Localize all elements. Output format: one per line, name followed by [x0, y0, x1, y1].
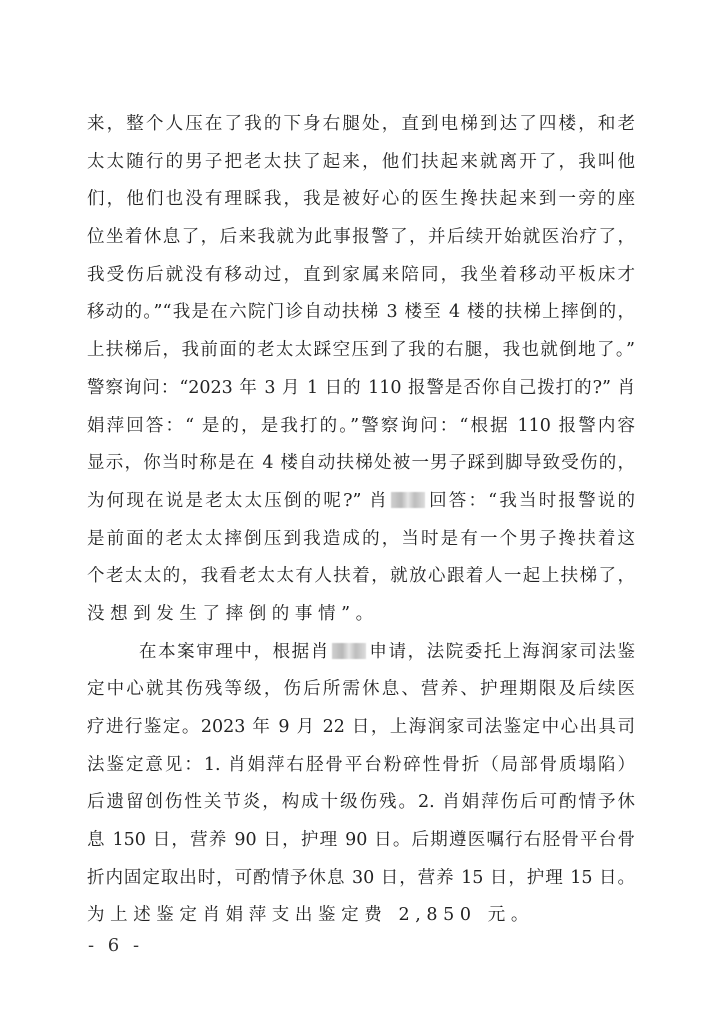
text-line: 为上述鉴定肖娟萍支出鉴定费 2,850 元。: [87, 897, 635, 935]
text-segment: 在本案审理中，根据肖: [139, 642, 330, 662]
document-page: 来，整个人压在了我的下身右腿处，直到电梯到达了四楼，和老 太太随行的男子把老太扶…: [0, 0, 724, 1024]
text-line: 后遗留创伤性关节炎，构成十级伤残。2. 肖娟萍伤后可酌情予休: [87, 784, 635, 822]
redacted-name: [332, 643, 366, 659]
redacted-name: [391, 492, 425, 508]
text-segment: 回答：“我当时报警说的: [427, 491, 635, 511]
text-line: 我受伤后就没有移动过，直到家属来陪同，我坐着移动平板床才: [87, 257, 635, 295]
text-segment: 申请，法院委托上海润家司法鉴: [368, 642, 635, 662]
text-line: 们，他们也没有理睬我，我是被好心的医生搀扶起来到一旁的座: [87, 181, 635, 219]
text-line: 来，整个人压在了我的下身右腿处，直到电梯到达了四楼，和老: [87, 106, 635, 144]
text-line: 太太随行的男子把老太扶了起来，他们扶起来就离开了，我叫他: [87, 144, 635, 182]
text-line: 为何现在说是老太太压倒的呢?” 肖回答：“我当时报警说的: [87, 483, 635, 521]
text-line: 法鉴定意见：1. 肖娟萍右胫骨平台粉碎性骨折（局部骨质塌陷）: [87, 747, 635, 785]
text-line: 定中心就其伤残等级，伤后所需休息、营养、护理期限及后续医: [87, 671, 635, 709]
text-line: 疗进行鉴定。2023 年 9 月 22 日，上海润家司法鉴定中心出具司: [87, 709, 635, 747]
document-body: 来，整个人压在了我的下身右腿处，直到电梯到达了四楼，和老 太太随行的男子把老太扶…: [87, 106, 635, 935]
text-line: 个老太太的，我看老太太有人扶着，就放心跟着人一起上扶梯了，: [87, 558, 635, 596]
text-line: 在本案审理中，根据肖申请，法院委托上海润家司法鉴: [87, 634, 635, 672]
text-line: 折内固定取出时，可酌情予休息 30 日，营养 15 日，护理 15 日。: [87, 860, 635, 898]
text-line: 没想到发生了摔倒的事情”。: [87, 596, 635, 634]
text-line: 上扶梯后，我前面的老太太踩空压到了我的右腿，我也就倒地了。”: [87, 332, 635, 370]
text-line: 移动的。”“我是在六院门诊自动扶梯 3 楼至 4 楼的扶梯上摔倒的，: [87, 294, 635, 332]
text-line: 是前面的老太太摔倒压到我造成的，当时是有一个男子搀扶着这: [87, 521, 635, 559]
text-line: 显示，你当时称是在 4 楼自动扶梯处被一男子踩到脚导致受伤的，: [87, 445, 635, 483]
text-line: 息 150 日，营养 90 日，护理 90 日。后期遵医嘱行右胫骨平台骨: [87, 822, 635, 860]
text-line: 警察询问：“2023 年 3 月 1 日的 110 报警是否你自己拨打的?” 肖: [87, 370, 635, 408]
text-segment: 为何现在说是老太太压倒的呢?” 肖: [87, 491, 389, 511]
text-line: 娟萍回答：“ 是的，是我打的。”警察询问：“根据 110 报警内容: [87, 408, 635, 446]
text-line: 位坐着休息了，后来我就为此事报警了，并后续开始就医治疗了，: [87, 219, 635, 257]
page-number: - 6 -: [88, 934, 143, 958]
